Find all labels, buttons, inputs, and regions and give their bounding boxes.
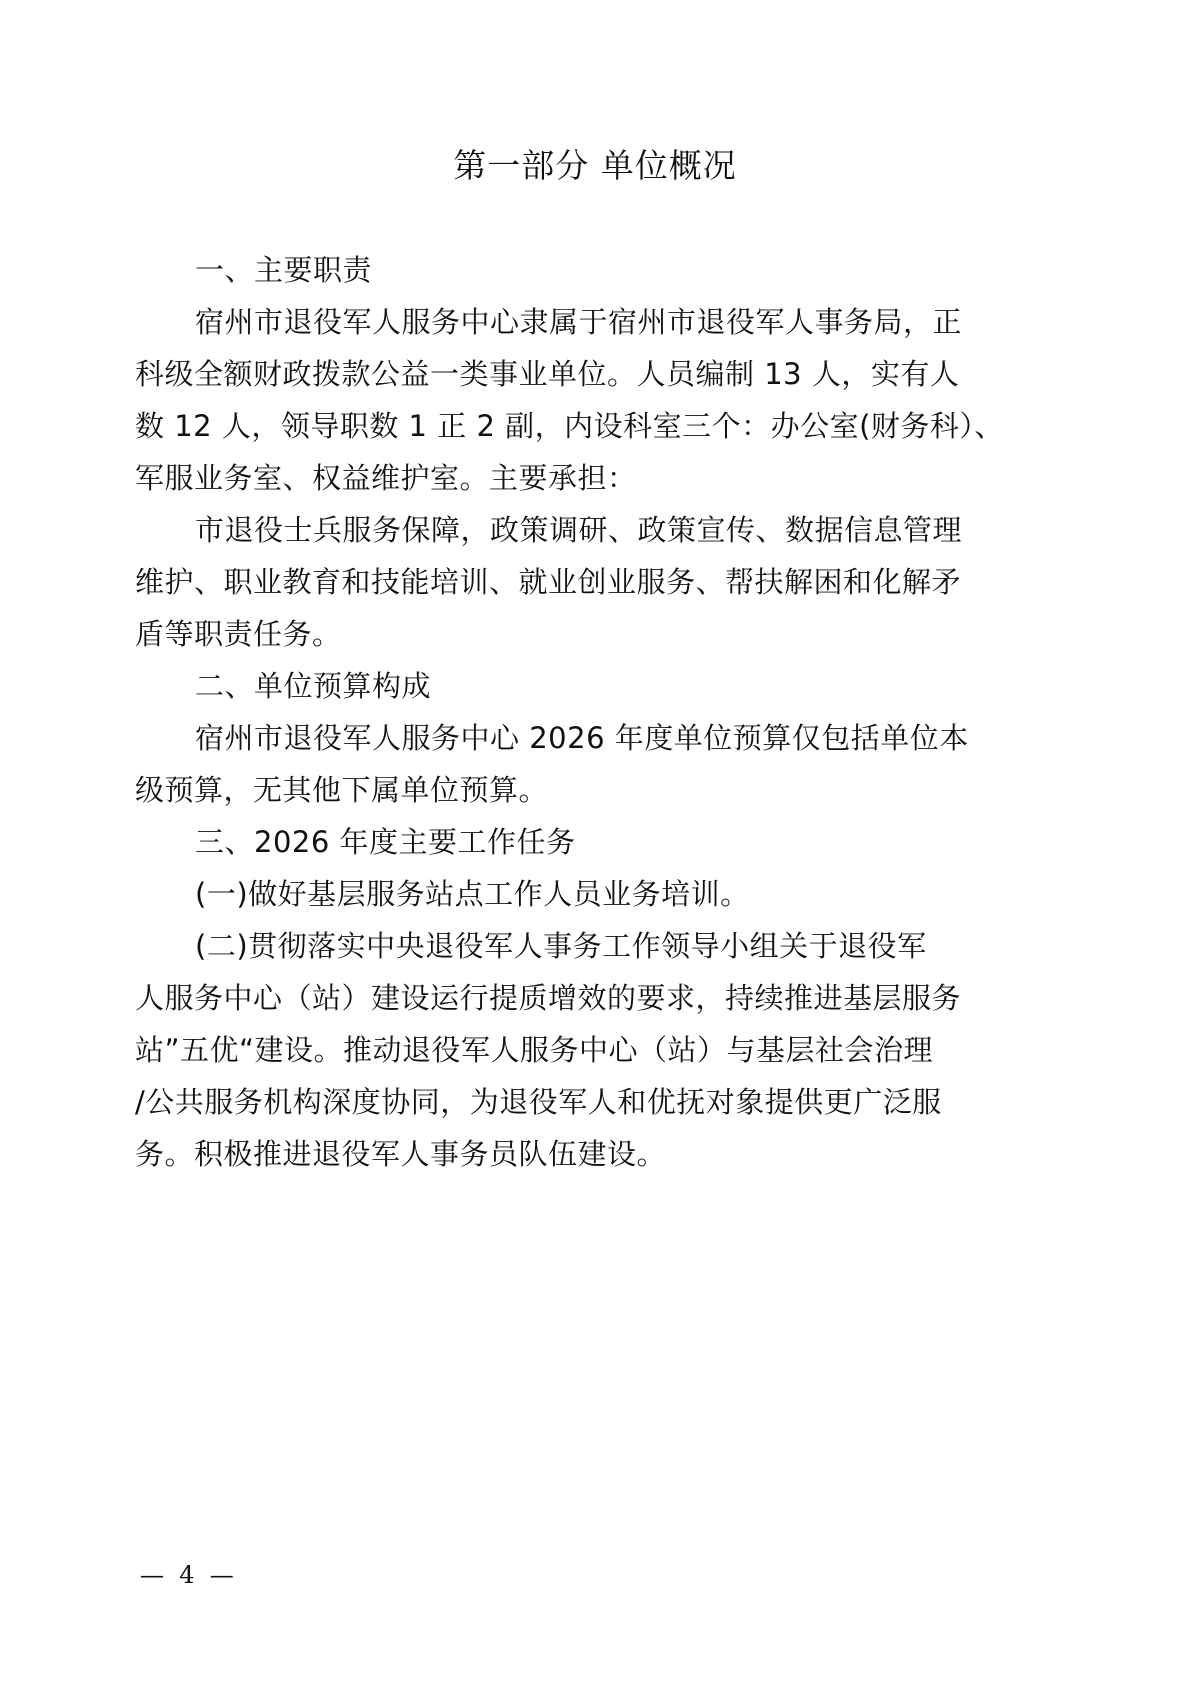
task-item-1: (一)做好基层服务站点工作人员业务培训。 [195, 874, 1095, 914]
paragraph-line: 宿州市退役军人服务中心隶属于宿州市退役军人事务局，正 [195, 302, 1095, 342]
paragraph-line: 维护、职业教育和技能培训、就业创业服务、帮扶解困和化解矛 [135, 562, 1035, 602]
paragraph-line: 务。积极推进退役军人事务员队伍建设。 [135, 1134, 1035, 1174]
paragraph-line: 盾等职责任务。 [135, 614, 1035, 654]
task-item-2: (二)贯彻落实中央退役军人事务工作领导小组关于退役军 [195, 926, 1095, 966]
document-page: 第一部分 单位概况 一、主要职责 宿州市退役军人服务中心隶属于宿州市退役军人事务… [0, 0, 1190, 1683]
paragraph-line: 科级全额财政拨款公益一类事业单位。人员编制 13 人，实有人 [135, 354, 1035, 394]
paragraph-line: 军服业务室、权益维护室。主要承担： [135, 458, 1035, 498]
paragraph-line: 市退役士兵服务保障，政策调研、政策宣传、数据信息管理 [195, 510, 1095, 550]
paragraph-line: /公共服务机构深度协同，为退役军人和优抚对象提供更广泛服 [135, 1082, 1035, 1122]
page-number: — 4 — [140, 1560, 234, 1590]
section-heading-budget: 二、单位预算构成 [195, 666, 1095, 706]
section-heading-responsibilities: 一、主要职责 [195, 250, 1095, 290]
section-heading-tasks: 三、2026 年度主要工作任务 [195, 822, 1095, 862]
paragraph-line: 宿州市退役军人服务中心 2026 年度单位预算仅包括单位本 [195, 718, 1095, 758]
page-title: 第一部分 单位概况 [0, 146, 1190, 186]
paragraph-line: 站”五优“建设。推动退役军人服务中心（站）与基层社会治理 [135, 1030, 1035, 1070]
paragraph-line: 级预算，无其他下属单位预算。 [135, 770, 1035, 810]
paragraph-line: 数 12 人，领导职数 1 正 2 副，内设科室三个：办公室(财务科）、 [135, 406, 1035, 446]
paragraph-line: 人服务中心（站）建设运行提质增效的要求，持续推进基层服务 [135, 978, 1035, 1018]
